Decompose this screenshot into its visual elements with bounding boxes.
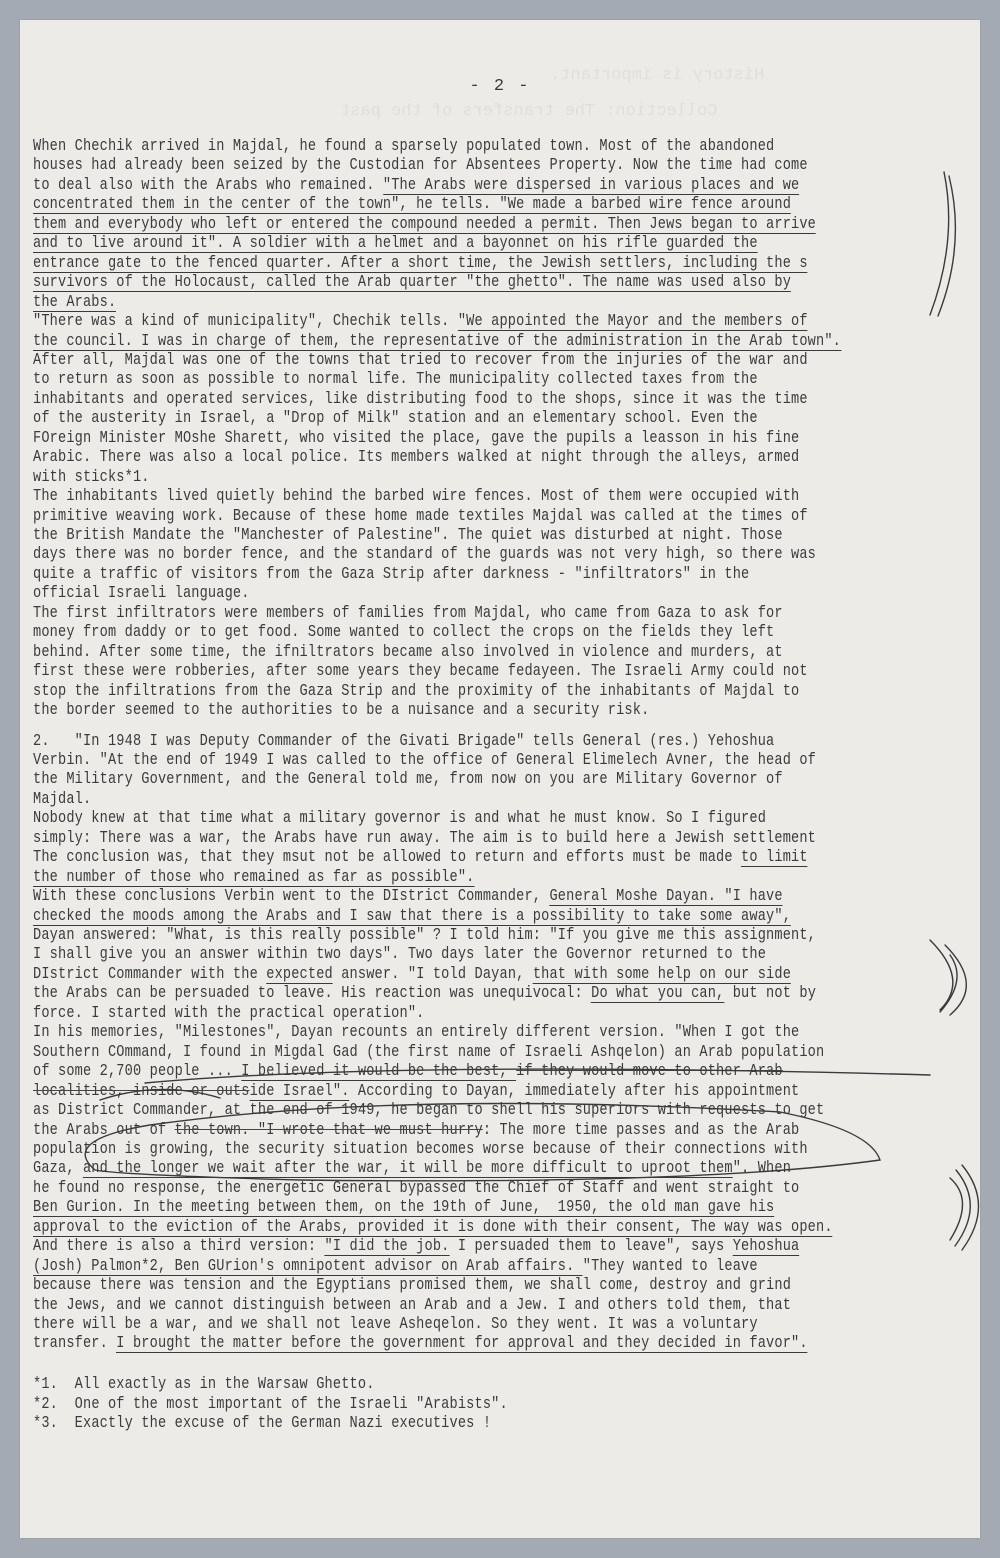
underlined-text: Do what you can, — [591, 983, 724, 1003]
underlined-text: checked the moods among the Arabs and I … — [33, 906, 791, 926]
underlined-text: "I did the job. — [325, 1236, 450, 1256]
text-segment: inhabitants and operated services, like … — [33, 389, 808, 408]
underlined-text: I brought the matter before the governme… — [116, 1333, 807, 1353]
text-line: Arabic. There was also a local police. I… — [33, 447, 799, 466]
text-line: to return as soon as possible to normal … — [33, 369, 758, 388]
text-segment: days there was no border fence, and the … — [33, 544, 816, 563]
text-segment: Gaza, — [33, 1158, 83, 1177]
text-line: he found no response, the energetic Gene… — [33, 1178, 799, 1197]
text-segment: to return as soon as possible to normal … — [33, 369, 758, 388]
struck-text: the town. "I wrote that we must hurry — [175, 1120, 483, 1139]
underlined-text: (Josh) Palmon*2, Ben GUrion's omnipotent… — [33, 1256, 583, 1276]
text-line: because there was tension and the Egypti… — [33, 1275, 791, 1294]
bleed-through-text: Collection: The transfers of the past — [340, 102, 717, 121]
text-segment: houses had already been seized by the Cu… — [33, 155, 808, 174]
text-segment: ". When — [733, 1158, 791, 1177]
text-segment: to deal also with the Arabs who remained… — [33, 175, 383, 194]
text-line: behind. After some time, the ifniltrator… — [33, 642, 783, 661]
underlined-text: and to live around it". A soldier with a… — [33, 233, 758, 253]
text-segment: the Arabs out of — [33, 1120, 175, 1139]
text-line: FOreign Minister MOshe Sharett, who visi… — [33, 428, 799, 447]
text-segment: but not by — [724, 983, 816, 1002]
text-segment: the Arabs can be persuaded to leave. His… — [33, 983, 591, 1002]
footnote-text: All exactly as in the Warsaw Ghetto. — [75, 1374, 375, 1393]
footnote-marker: *1. — [33, 1374, 58, 1393]
text-line: them and everybody who left or entered t… — [33, 214, 816, 233]
text-line: money from daddy or to get food. Some wa… — [33, 622, 774, 641]
text-line: official Israeli language. — [33, 583, 250, 602]
text-line: Southern COmmand, I found in Migdal Gad … — [33, 1042, 824, 1061]
text-line: Ben Gurion. In the meeting between them,… — [33, 1197, 774, 1216]
footnote-text: Exactly the excuse of the German Nazi ex… — [75, 1413, 492, 1432]
underlined-text: expected — [266, 964, 333, 984]
text-segment: first these were robberies, after some y… — [33, 661, 808, 680]
underlined-text: entrance gate to the fenced quarter. Aft… — [33, 253, 808, 273]
text-line: survivors of the Holocaust, called the A… — [33, 272, 791, 291]
text-line: the British Mandate the "Manchester of P… — [33, 525, 783, 544]
footnote: *2. One of the most important of the Isr… — [33, 1394, 508, 1413]
text-segment: of the austerity in Israel, a "Drop of M… — [33, 408, 758, 427]
text-segment: The inhabitants lived quietly behind the… — [33, 486, 799, 505]
text-line: 2. "In 1948 I was Deputy Commander of th… — [33, 731, 774, 750]
text-line: The inhabitants lived quietly behind the… — [33, 486, 799, 505]
text-segment: "They wanted to leave — [583, 1256, 758, 1275]
text-segment: simply: There was a war, the Arabs have … — [33, 828, 816, 847]
underlined-text: the council. I was in charge of them, th… — [33, 331, 841, 351]
text-segment: population is growing, the security situ… — [33, 1139, 808, 1158]
text-line: (Josh) Palmon*2, Ben GUrion's omnipotent… — [33, 1256, 758, 1275]
underlined-text: "We appointed the Mayor and the members … — [458, 311, 808, 331]
text-segment: With these conclusions Verbin went to th… — [33, 886, 549, 905]
text-line: there will be a war, and we shall not le… — [33, 1314, 758, 1333]
text-segment: In his memories, "Milestones", Dayan rec… — [33, 1022, 799, 1041]
underlined-text: that with some help on our side — [533, 964, 791, 984]
text-segment: FOreign Minister MOshe Sharett, who visi… — [33, 428, 799, 447]
page-number: - 2 - — [20, 77, 980, 96]
text-line: Majdal. — [33, 789, 91, 808]
underlined-text: Yehoshua — [733, 1236, 800, 1256]
text-segment: as District Commander, at the end of 194… — [33, 1100, 824, 1119]
underlined-text: survivors of the Holocaust, called the A… — [33, 272, 791, 292]
text-segment: transfer. — [33, 1333, 116, 1352]
text-segment: According to Dayan, immediately after hi… — [350, 1081, 800, 1100]
underlined-text: approval to the eviction of the Arabs, p… — [33, 1217, 833, 1237]
footnote-marker: *3. — [33, 1413, 58, 1432]
text-line: first these were robberies, after some y… — [33, 661, 808, 680]
text-line: checked the moods among the Arabs and I … — [33, 906, 791, 925]
text-line: population is growing, the security situ… — [33, 1139, 808, 1158]
text-line: entrance gate to the fenced quarter. Aft… — [33, 253, 808, 272]
text-line: the Arabs can be persuaded to leave. His… — [33, 983, 816, 1002]
document-page: History is important. Collection: The tr… — [20, 20, 980, 1538]
underlined-text: concentrated them in the center of the t… — [33, 194, 791, 214]
struck-text: if they would move to other Arab — [516, 1061, 783, 1080]
text-line: houses had already been seized by the Cu… — [33, 155, 808, 174]
text-segment: the British Mandate the "Manchester of P… — [33, 525, 783, 544]
text-line: primitive weaving work. Because of these… — [33, 506, 808, 525]
text-line: stop the infiltrations from the Gaza Str… — [33, 681, 799, 700]
text-segment: Verbin. "At the end of 1949 I was called… — [33, 750, 816, 769]
text-segment: he found no response, the energetic Gene… — [33, 1178, 799, 1197]
text-line: simply: There was a war, the Arabs have … — [33, 828, 816, 847]
text-line: Nobody knew at that time what a military… — [33, 808, 766, 827]
footnote-marker: *2. — [33, 1394, 58, 1413]
text-line: transfer. I brought the matter before th… — [33, 1333, 808, 1352]
struck-text: localities, inside or outs — [33, 1081, 250, 1100]
underlined-text: the number of those who remained as far … — [33, 867, 474, 887]
text-segment: I shall give you an answer within two da… — [33, 944, 766, 963]
text-line: With these conclusions Verbin went to th… — [33, 886, 783, 905]
text-line: the number of those who remained as far … — [33, 867, 474, 886]
text-line: of the austerity in Israel, a "Drop of M… — [33, 408, 758, 427]
text-line: inhabitants and operated services, like … — [33, 389, 808, 408]
text-line: The conclusion was, that they msut not b… — [33, 847, 808, 866]
text-segment: The first infiltrators were members of f… — [33, 603, 783, 622]
text-segment: Southern COmmand, I found in Migdal Gad … — [33, 1042, 824, 1061]
text-line: and to live around it". A soldier with a… — [33, 233, 758, 252]
text-segment: Majdal. — [33, 789, 91, 808]
text-segment: DIstrict Commander with the — [33, 964, 266, 983]
text-segment: the Military Government, and the General… — [33, 769, 783, 788]
text-segment: : The more time passes and as the Arab — [483, 1120, 800, 1139]
text-line: localities, inside or outside Israel". A… — [33, 1081, 799, 1100]
text-line: the Arabs out of the town. "I wrote that… — [33, 1120, 799, 1139]
underlined-text: Ben Gurion. In the meeting between them,… — [33, 1197, 774, 1217]
text-line: days there was no border fence, and the … — [33, 544, 816, 563]
text-segment: The conclusion was, that they msut not b… — [33, 847, 741, 866]
text-segment: "There was a kind of municipality", Chec… — [33, 311, 458, 330]
footnote-text: One of the most important of the Israeli… — [75, 1394, 508, 1413]
text-line: "There was a kind of municipality", Chec… — [33, 311, 808, 330]
text-segment: primitive weaving work. Because of these… — [33, 506, 808, 525]
text-line: as District Commander, at the end of 194… — [33, 1100, 824, 1119]
text-segment: the border seemed to the authorities to … — [33, 700, 649, 719]
underlined-text: to limit — [741, 847, 808, 867]
text-line: the border seemed to the authorities to … — [33, 700, 649, 719]
text-line: with sticks*1. — [33, 467, 150, 486]
text-segment: behind. After some time, the ifniltrator… — [33, 642, 783, 661]
text-line: concentrated them in the center of the t… — [33, 194, 791, 213]
text-segment: Arabic. There was also a local police. I… — [33, 447, 799, 466]
text-line: the Arabs. — [33, 292, 116, 311]
underlined-text: General Moshe Dayan. "I have — [549, 886, 782, 906]
text-segment: After all, Majdal was one of the towns t… — [33, 350, 808, 369]
underlined-text: the Arabs. — [33, 292, 116, 312]
text-line: of some 2,700 people ... I believed it w… — [33, 1061, 783, 1080]
text-segment: money from daddy or to get food. Some wa… — [33, 622, 774, 641]
underlined-text: and the longer we wait after the war, it… — [83, 1158, 733, 1178]
text-segment: the Jews, and we cannot distinguish betw… — [33, 1295, 791, 1314]
text-line: Verbin. "At the end of 1949 I was called… — [33, 750, 816, 769]
text-line: the Military Government, and the General… — [33, 769, 783, 788]
text-line: DIstrict Commander with the expected ans… — [33, 964, 791, 983]
text-segment: And there is also a third version: — [33, 1236, 325, 1255]
text-segment: 2. "In 1948 I was Deputy Commander of th… — [33, 731, 774, 750]
text-segment: there will be a war, and we shall not le… — [33, 1314, 758, 1333]
text-segment: stop the infiltrations from the Gaza Str… — [33, 681, 799, 700]
text-segment: I persuaded them to leave", says — [450, 1236, 733, 1255]
text-segment: official Israeli language. — [33, 583, 250, 602]
text-line: Dayan answered: "What, is this really po… — [33, 925, 816, 944]
underlined-text: them and everybody who left or entered t… — [33, 214, 816, 234]
text-segment: because there was tension and the Egypti… — [33, 1275, 791, 1294]
text-line: In his memories, "Milestones", Dayan rec… — [33, 1022, 799, 1041]
text-line: force. I started with the practical oper… — [33, 1003, 425, 1022]
underlined-text: ide Israel". — [250, 1081, 350, 1101]
text-segment: of some 2,700 people ... — [33, 1061, 241, 1080]
footnote: *1. All exactly as in the Warsaw Ghetto. — [33, 1374, 375, 1393]
text-line: After all, Majdal was one of the towns t… — [33, 350, 808, 369]
text-line: When Chechik arrived in Majdal, he found… — [33, 136, 774, 155]
text-line: the Jews, and we cannot distinguish betw… — [33, 1295, 791, 1314]
text-segment: Nobody knew at that time what a military… — [33, 808, 766, 827]
text-segment: quite a traffic of visitors from the Gaz… — [33, 564, 749, 583]
text-segment: with sticks*1. — [33, 467, 150, 486]
text-line: approval to the eviction of the Arabs, p… — [33, 1217, 833, 1236]
underlined-text: I believed it would be the best, — [241, 1061, 516, 1081]
text-line: I shall give you an answer within two da… — [33, 944, 766, 963]
text-line: And there is also a third version: "I di… — [33, 1236, 799, 1255]
text-line: The first infiltrators were members of f… — [33, 603, 783, 622]
text-segment: When Chechik arrived in Majdal, he found… — [33, 136, 774, 155]
text-segment: answer. "I told Dayan, — [333, 964, 533, 983]
footnote: *3. Exactly the excuse of the German Naz… — [33, 1413, 491, 1432]
text-segment: force. I started with the practical oper… — [33, 1003, 425, 1022]
underlined-text: "The Arabs were dispersed in various pla… — [383, 175, 800, 195]
text-line: the council. I was in charge of them, th… — [33, 331, 841, 350]
text-segment: Dayan answered: "What, is this really po… — [33, 925, 816, 944]
text-line: quite a traffic of visitors from the Gaz… — [33, 564, 749, 583]
text-line: to deal also with the Arabs who remained… — [33, 175, 799, 194]
text-line: Gaza, and the longer we wait after the w… — [33, 1158, 791, 1177]
